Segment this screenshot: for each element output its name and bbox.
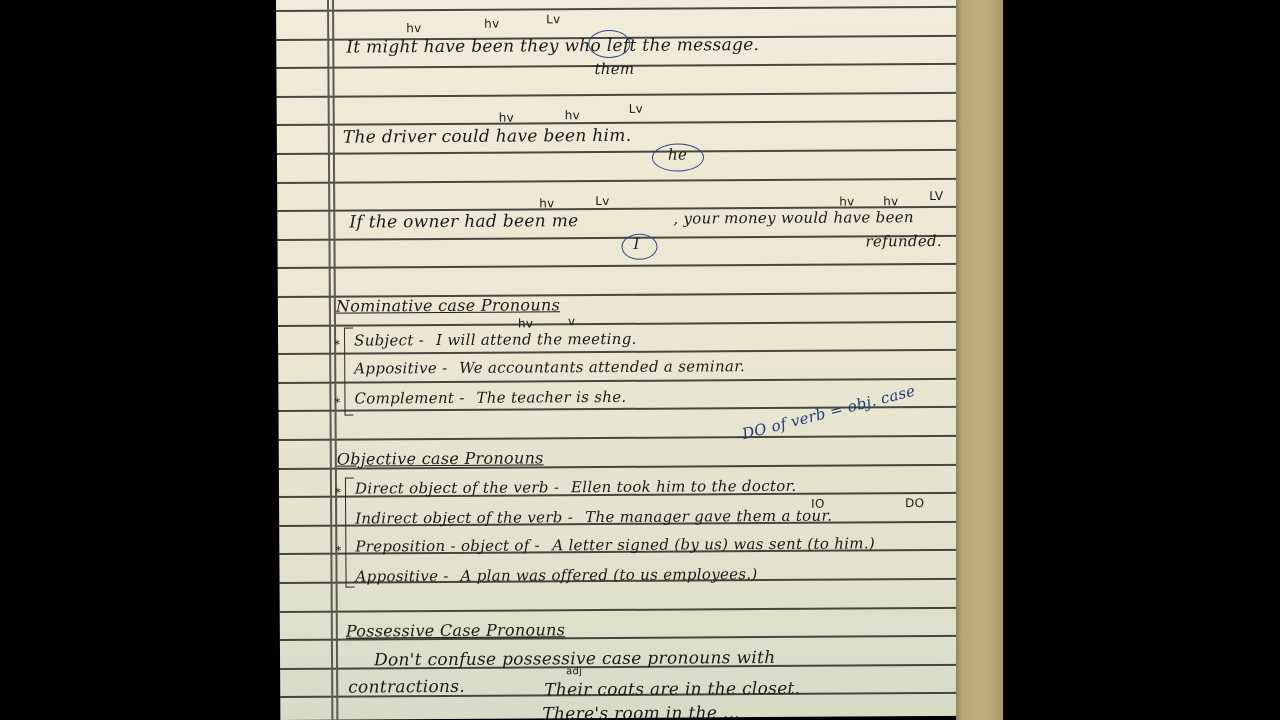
example-sentence: The driver could have been him.	[343, 126, 632, 148]
star-marker: *	[334, 396, 340, 410]
example-sentence-part2: , your money would have been	[673, 208, 914, 227]
list-item-label: Appositive -	[355, 567, 448, 586]
list-item-example: I will attend the meeting.	[436, 330, 637, 349]
list-item-label: Indirect object of the verb -	[355, 508, 573, 527]
ruled-line	[278, 349, 958, 355]
adj-mark: adj	[566, 666, 582, 677]
ruled-line	[277, 235, 957, 241]
correction-word: he	[668, 145, 687, 163]
correction-word: them	[594, 60, 634, 78]
verb-label: Lv	[546, 12, 560, 26]
example-sentence: It might have been they who left the mes…	[346, 35, 759, 58]
verb-label: hv	[406, 21, 421, 35]
verb-label: hv	[518, 316, 533, 330]
star-marker: *	[334, 338, 340, 352]
side-note: DO of verb = obj. case	[740, 382, 917, 444]
list-item-example: We accountants attended a seminar.	[459, 357, 745, 377]
ruled-line	[276, 6, 956, 12]
possessive-partial-line: There's room in the ...	[542, 703, 740, 720]
verb-label: hv	[499, 111, 514, 125]
example-sentence-part1: If the owner had been me	[349, 211, 578, 232]
list-item-label: Direct object of the verb -	[355, 478, 559, 497]
bracket	[344, 328, 354, 416]
ruled-line	[278, 320, 958, 326]
correction-circle	[588, 30, 630, 58]
section-heading-possessive: Possessive Case Pronouns	[346, 620, 565, 640]
possessive-text-line2: contractions.	[348, 677, 465, 698]
list-item-label: Preposition - object of -	[355, 536, 540, 555]
possessive-example: Their coats are in the closet.	[544, 679, 800, 701]
star-marker: *	[335, 486, 341, 500]
verb-label: hv	[839, 194, 854, 208]
notebook-photo: hv hv Lv It might have been they who lef…	[276, 0, 1003, 720]
list-item-example: A plan was offered (to us employees.)	[460, 565, 757, 585]
page-edge	[956, 0, 1003, 720]
section-heading-objective: Objective case Pronouns	[337, 448, 544, 468]
list-item-example: The teacher is she.	[476, 388, 626, 407]
example-sentence-cont: refunded.	[865, 232, 942, 250]
bracket	[345, 478, 355, 588]
verb-label: v	[568, 314, 575, 328]
ruled-line	[278, 263, 958, 269]
section-heading-nominative: Nominative case Pronouns	[336, 295, 560, 315]
verb-label: Lv	[629, 102, 643, 116]
list-item-label: Appositive -	[354, 359, 447, 378]
verb-label: hv	[565, 108, 580, 122]
verb-label: LV	[929, 189, 943, 203]
star-marker: *	[335, 544, 341, 558]
list-item-example: Ellen took him to the doctor.	[571, 477, 797, 496]
do-mark: DO	[905, 496, 924, 510]
verb-label: hv	[883, 194, 898, 208]
verb-label: hv	[484, 17, 499, 31]
list-item-label: Complement -	[354, 389, 464, 408]
list-item-example: A letter signed (by us) was sent (to him…	[552, 534, 875, 554]
ruled-line	[279, 435, 959, 441]
correction-word: I	[633, 235, 639, 253]
ruled-line	[278, 378, 958, 384]
ruled-line	[277, 177, 957, 183]
ruled-line	[277, 149, 957, 155]
ruled-line	[280, 606, 960, 612]
verb-label: Lv	[595, 194, 609, 208]
list-item-example: The manager gave them a tour.	[585, 507, 832, 527]
notebook-page: hv hv Lv It might have been they who lef…	[276, 0, 960, 720]
list-item-label: Subject -	[354, 331, 424, 349]
verb-label: hv	[539, 196, 554, 210]
ruled-line	[277, 92, 957, 98]
